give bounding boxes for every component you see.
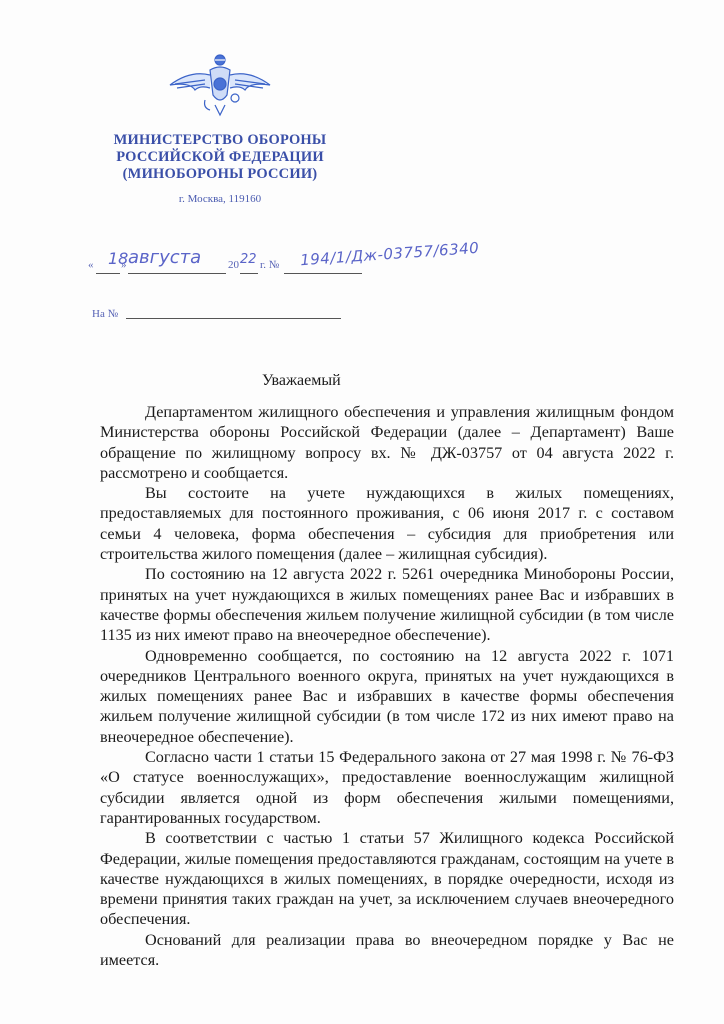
ministry-line-3: (МИНОБОРОНЫ РОССИИ) <box>100 166 340 183</box>
paragraph: Вы состоите на учете нуждающихся в жилых… <box>100 483 674 564</box>
paragraph: Одновременно сообщается, по состоянию на… <box>100 646 674 747</box>
paragraph: Согласно части 1 статьи 15 Федерального … <box>100 747 674 828</box>
paragraph: Департаментом жилищного обеспечения и уп… <box>100 402 674 483</box>
letter-body: Департаментом жилищного обеспечения и уп… <box>100 402 674 970</box>
ministry-name: МИНИСТЕРСТВО ОБОРОНЫ РОССИЙСКОЙ ФЕДЕРАЦИ… <box>100 132 340 183</box>
handwritten-month: августа <box>128 247 201 268</box>
paragraph: Оснований для реализации права во внеоче… <box>100 930 674 971</box>
number-underline <box>284 273 362 274</box>
number-label: г. № <box>260 259 279 271</box>
paragraph: По состоянию на 12 августа 2022 г. 5261 … <box>100 564 674 645</box>
handwritten-year: 22 <box>240 252 257 267</box>
year-underline <box>240 273 258 274</box>
handwritten-number: 194/1/Дж-03757/6340 <box>300 239 480 269</box>
quote-close: » <box>121 259 127 271</box>
year-prefix: 20 <box>228 259 239 271</box>
salutation: Уважаемый <box>262 372 341 390</box>
ministry-line-2: РОССИЙСКОЙ ФЕДЕРАЦИИ <box>100 149 340 166</box>
reply-reference-label: На № <box>92 308 118 320</box>
quote-open: « <box>88 259 94 271</box>
double-headed-eagle-emblem-icon <box>165 50 275 120</box>
paragraph: В соответствии с частью 1 статьи 57 Жили… <box>100 828 674 929</box>
ministry-line-1: МИНИСТЕРСТВО ОБОРОНЫ <box>100 132 340 149</box>
month-underline <box>128 273 226 274</box>
dateline: « 18 » августа 20 22 г. № 194/1/Дж-03757… <box>88 255 548 285</box>
city-address: г. Москва, 119160 <box>100 193 340 205</box>
day-underline <box>96 273 120 274</box>
reply-reference-line <box>126 318 341 319</box>
